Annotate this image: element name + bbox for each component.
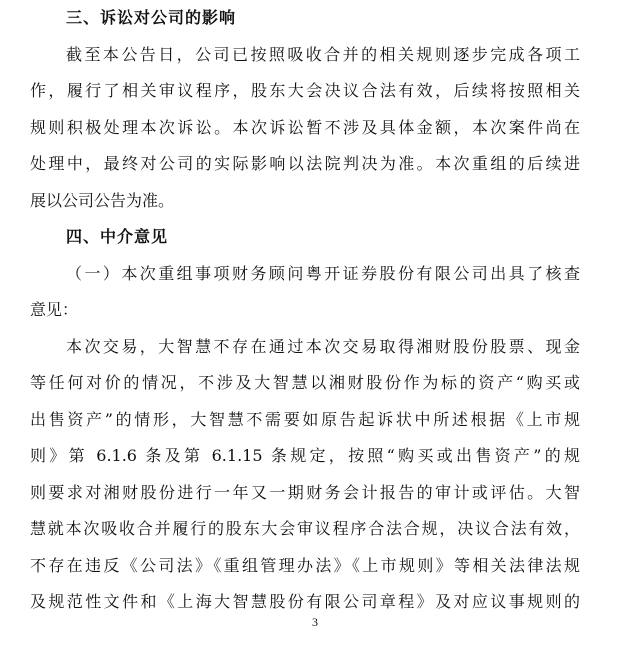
paragraph-line: 截至本公告日，公司已按照吸收合并的相关规则逐步完成各项工 <box>30 37 580 74</box>
paragraph-line: 慧就本次吸收合并履行的股东大会审议程序合法合规，决议合法有效， <box>30 511 580 548</box>
section-heading-intermediary-opinion: 四、中介意见 <box>30 219 580 256</box>
paragraph-line: 等任何对价的情况，不涉及大智慧以湘财股份作为标的资产“购买或 <box>30 365 580 402</box>
paragraph-line: 规则积极处理本次诉讼。本次诉讼暂不涉及具体金额，本次案件尚在 <box>30 110 580 147</box>
paragraph-line: 不存在违反《公司法》《重组管理办法》《上市规则》等相关法律法规 <box>30 548 580 585</box>
paragraph-line: （一）本次重组事项财务顾问粤开证券股份有限公司出具了核查 <box>30 256 580 293</box>
section-heading-litigation-impact: 三、诉讼对公司的影响 <box>30 0 580 37</box>
paragraph-line: 本次交易，大智慧不存在通过本次交易取得湘财股份股票、现金 <box>30 329 580 366</box>
paragraph-litigation-impact: 截至本公告日，公司已按照吸收合并的相关规则逐步完成各项工 作，履行了相关审议程序… <box>30 37 580 220</box>
document-page: 三、诉讼对公司的影响 截至本公告日，公司已按照吸收合并的相关规则逐步完成各项工 … <box>30 0 580 621</box>
paragraph-line: 展以公司公告为准。 <box>30 183 580 220</box>
page-number: 3 <box>0 612 630 632</box>
paragraph-line: 处理中，最终对公司的实际影响以法院判决为准。本次重组的后续进 <box>30 146 580 183</box>
paragraph-line: 意见： <box>30 292 580 329</box>
paragraph-line: 出售资产”的情形，大智慧不需要如原告起诉状中所述根据《上市规 <box>30 402 580 439</box>
paragraph-line: 则要求对湘财股份进行一年又一期财务会计报告的审计或评估。大智 <box>30 475 580 512</box>
paragraph-advisor-opinion-body: 本次交易，大智慧不存在通过本次交易取得湘财股份股票、现金 等任何对价的情况，不涉… <box>30 329 580 621</box>
paragraph-advisor-opinion-intro: （一）本次重组事项财务顾问粤开证券股份有限公司出具了核查 意见： <box>30 256 580 329</box>
paragraph-line: 则》第 6.1.6 条及第 6.1.15 条规定，按照“购买或出售资产”的规 <box>30 438 580 475</box>
paragraph-line: 作，履行了相关审议程序，股东大会决议合法有效，后续将按照相关 <box>30 73 580 110</box>
